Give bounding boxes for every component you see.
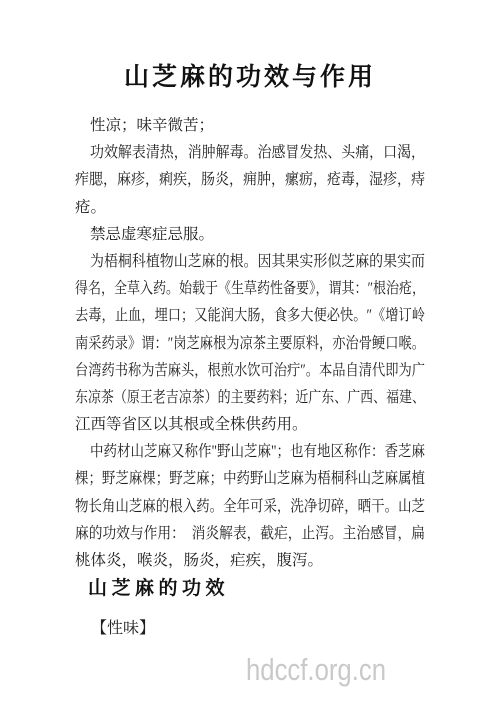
text-line: 麻的功效与作用： 消炎解表，截疟，止泻。主治感冒，扁 [75,520,425,547]
text-line: 禁忌虚寒症忌服。 [75,221,425,248]
subsection-label: 【性味】 [91,615,425,642]
text-line: 得名，全草入药。始载于《生草药性备要》，谓其：″根治疮， [75,275,425,302]
document-page: 山芝麻的功效与作用 性凉；味辛微苦； 功效解表清热，消肿解毒。治感冒发热、头痛，… [0,0,500,707]
text-line: 去毒，止血，埋口；又能润大肠，食多大便必快。″《增订岭 [75,302,425,329]
text-line: 南采药录》谓：″岗芝麻根为凉茶主要原料，亦治骨鲠口喉。 [75,330,425,357]
article-body: 性凉；味辛微苦； 功效解表清热，消肿解毒。治感冒发热、头痛，口渴， 痄腮，麻疹，… [75,112,425,642]
text-line: 疮。 [75,194,425,221]
text-line: 台湾药书称为苦麻头，根煎水饮可治疔″。本品自清代即为广 [75,357,425,384]
watermark: hdccf.org.cn [246,650,386,690]
text-line: 物长角山芝麻的根入药。全年可采，洗净切碎，晒干。山芝 [75,493,425,520]
text-line: 棵；野芝麻棵；野芝麻；中药野山芝麻为梧桐科山芝麻属植 [75,465,425,492]
text-line: 东凉茶（原王老吉凉茶）的主要药料；近广东、广西、福建、 [75,384,425,411]
section-heading: 山芝麻的功效 [88,575,425,603]
page-title: 山芝麻的功效与作用 [0,62,500,92]
text-line: 为梧桐科植物山芝麻的根。因其果实形似芝麻的果实而 [75,248,425,275]
text-line: 痄腮，麻疹，痢疾，肠炎，痈肿，瘰疬，疮毒，湿疹，痔 [75,166,425,193]
text-line: 中药材山芝麻又称作"野山芝麻"；也有地区称作：香芝麻 [75,438,425,465]
text-line: 性凉；味辛微苦； [75,112,425,139]
text-line: 功效解表清热，消肿解毒。治感冒发热、头痛，口渴， [75,139,425,166]
text-line: 江西等省区以其根或全株供药用。 [75,411,425,438]
text-line: 桃体炎，喉炎，肠炎，疟疾，腹泻。 [75,547,425,574]
